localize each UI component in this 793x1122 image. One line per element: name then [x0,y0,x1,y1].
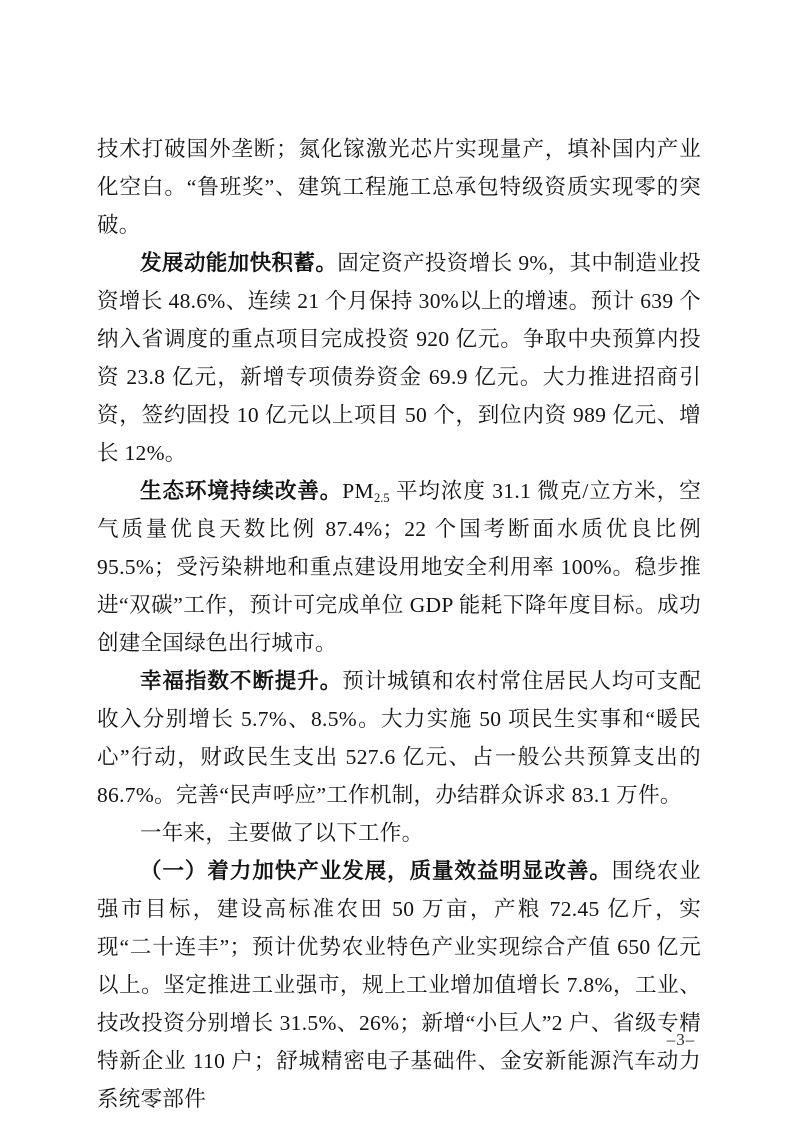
para-development-momentum: 发展动能加快积蓄。固定资产投资增长 9%，其中制造业投资增长 48.6%、连续 … [97,244,701,472]
para-transition: 一年来，主要做了以下工作。 [97,814,701,852]
paragraph-text: 固定资产投资增长 9%，其中制造业投资增长 48.6%、连续 21 个月保持 3… [97,251,701,465]
paragraph-text: 技术打破国外垄断；氮化镓激光芯片实现量产，填补国内产业化空白。“鲁班奖”、建筑工… [97,137,701,237]
para-section-one-industry: （一）着力加快产业发展，质量效益明显改善。围绕农业强市目标，建设高标准农田 50… [97,852,701,1118]
paragraph-text: 平均浓度 31.1 微克/立方米，空气质量优良天数比例 87.4%；22 个国考… [97,479,701,655]
paragraph-lead: 发展动能加快积蓄。 [140,251,337,275]
paragraph-text: 围绕农业强市目标，建设高标准农田 50 万亩，产粮 72.45 亿斤，实现“二十… [97,859,701,1111]
document-body: 技术打破国外垄断；氮化镓激光芯片实现量产，填补国内产业化空白。“鲁班奖”、建筑工… [97,130,701,1118]
paragraph-lead: （一）着力加快产业发展，质量效益明显改善。 [140,859,612,883]
para-ecological-environment: 生态环境持续改善。PM2.5 平均浓度 31.1 微克/立方米，空气质量优良天数… [97,472,701,662]
para-happiness-index: 幸福指数不断提升。预计城镇和农村常住居民人均可支配收入分别增长 5.7%、8.5… [97,662,701,814]
paragraph-lead: 幸福指数不断提升。 [140,669,342,693]
para-continuation-breakthroughs: 技术打破国外垄断；氮化镓激光芯片实现量产，填补国内产业化空白。“鲁班奖”、建筑工… [97,130,701,244]
subscript-text: 2.5 [374,491,390,505]
page-number: –3– [656,1030,706,1050]
document-page: 技术打破国外垄断；氮化镓激光芯片实现量产，填补国内产业化空白。“鲁班奖”、建筑工… [0,0,793,1122]
paragraph-lead: 生态环境持续改善。 [140,479,342,503]
paragraph-text: PM [342,479,374,503]
paragraph-text: 一年来，主要做了以下工作。 [140,821,423,845]
